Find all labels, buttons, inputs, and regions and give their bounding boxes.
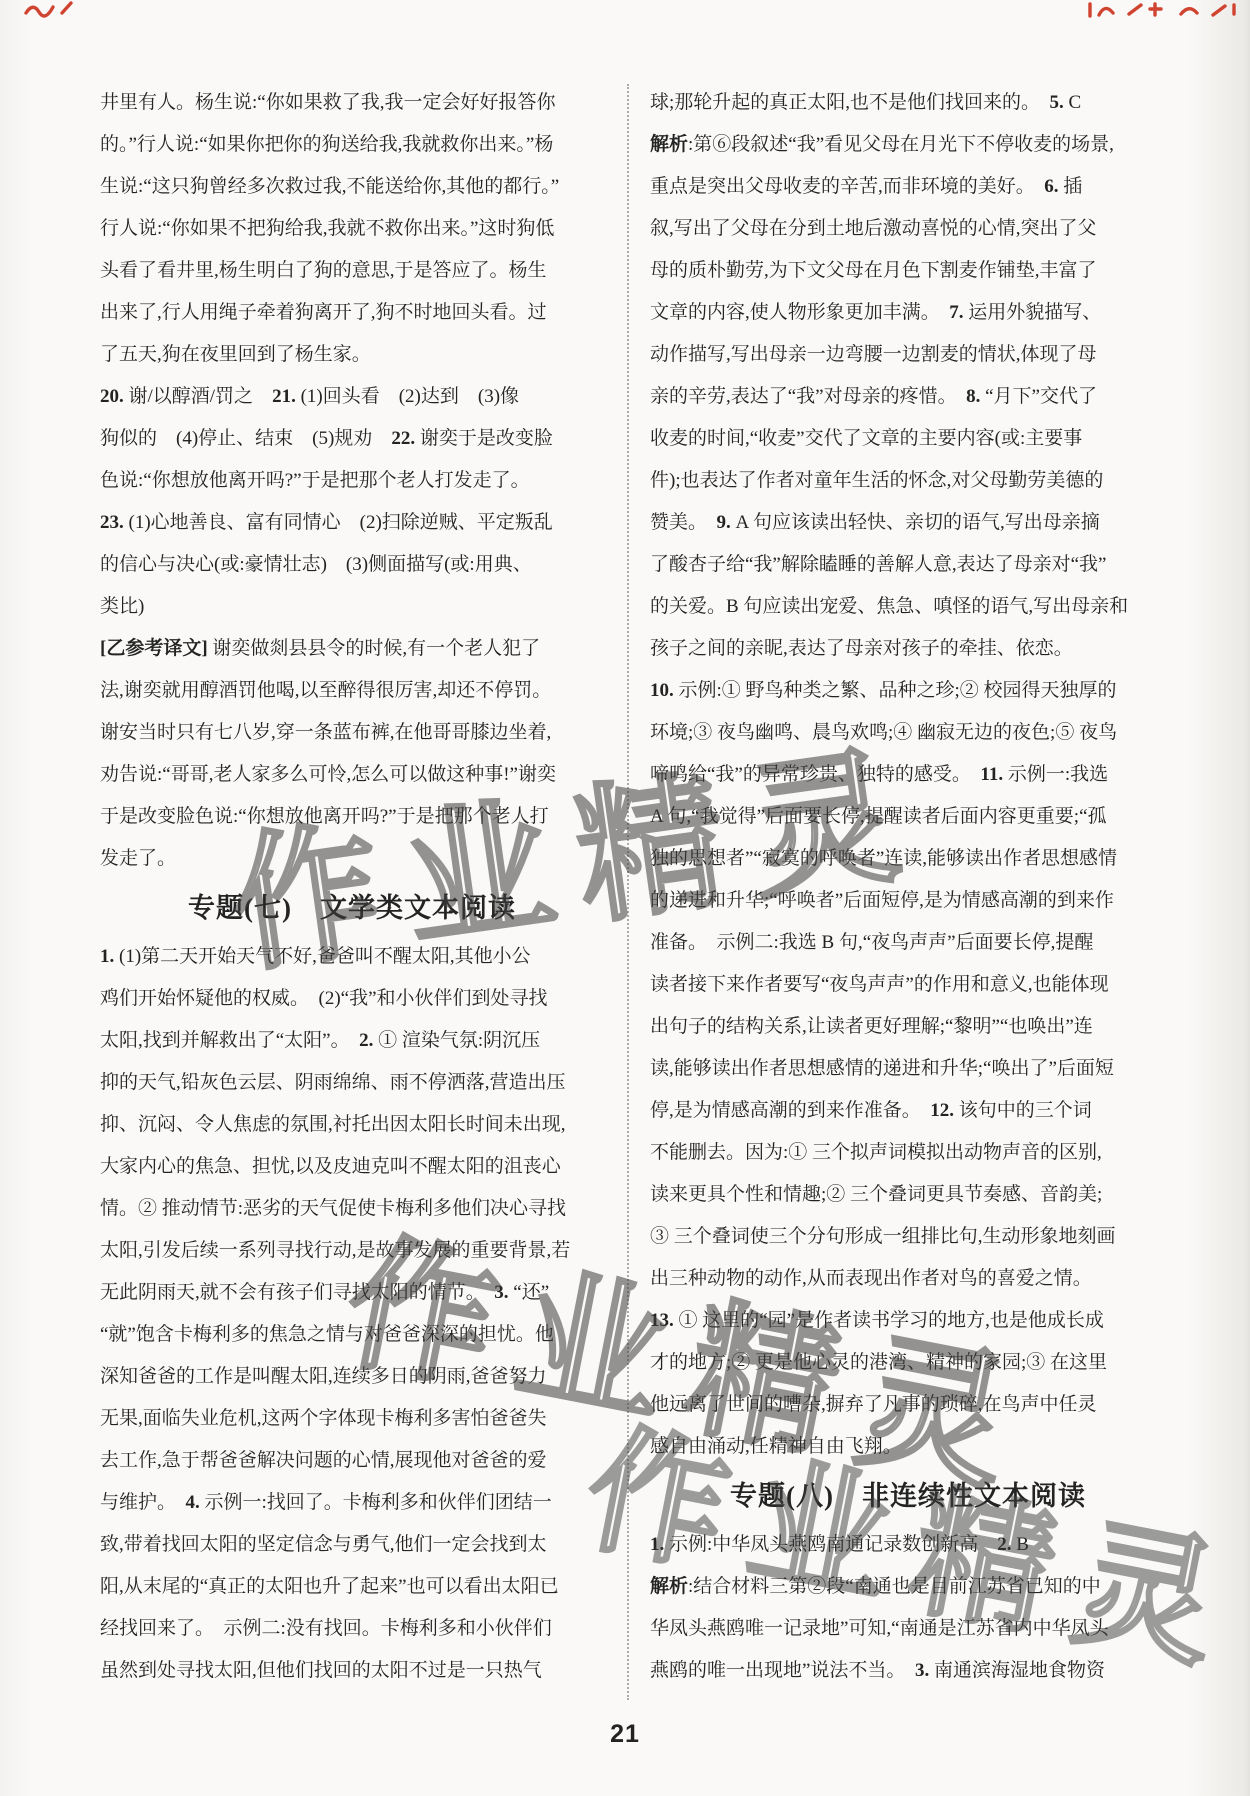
answer-line: 色说:“你想放他离开吗?”于是把那个老人打发走了。 [100, 460, 604, 502]
answer-line: 他远离了世间的嘈杂,摒弃了凡事的琐碎,在鸟声中任灵 [650, 1384, 1166, 1426]
answer-line: 出三种动物的动作,从而表现出作者对鸟的喜爱之情。 [650, 1258, 1166, 1300]
answer-line: 深知爸爸的工作是叫醒太阳,连续多日的阴雨,爸爸努力 [100, 1356, 604, 1398]
answer-line: 重点是突出父母收麦的辛苦,而非环境的美好。 6. 插 [650, 166, 1166, 208]
answer-line: 的。”行人说:“如果你把你的狗送给我,我就救你出来。”杨 [100, 124, 604, 166]
section-heading: 专题(七) 文学类文本阅读 [100, 880, 604, 936]
left-column: 井里有人。杨生说:“你如果救了我,我一定会好好报答你的。”行人说:“如果你把你的… [100, 82, 604, 1692]
answer-line: 亲的辛劳,表达了“我”对母亲的疼惜。 8. “月下”交代了 [650, 376, 1166, 418]
answer-line: 的递进和升华;“呼唤者”后面短停,是为情感高潮的到来作 [650, 880, 1166, 922]
answer-line: ③ 三个叠词使三个分句形成一组排比句,生动形象地刻画 [650, 1216, 1166, 1258]
answer-line: 致,带着找回太阳的坚定信念与勇气,他们一定会找到太 [100, 1524, 604, 1566]
answer-line: 23. (1)心地善良、富有同情心 (2)扫除逆贼、平定叛乱 [100, 502, 604, 544]
answer-line: 动作描写,写出母亲一边弯腰一边割麦的情状,体现了母 [650, 334, 1166, 376]
answer-line: 20. 谢/以醇酒/罚之 21. (1)回头看 (2)达到 (3)像 [100, 376, 604, 418]
answer-line: 独的思想者”“寂寞的呼唤者”连读,能够读出作者思想感情 [650, 838, 1166, 880]
column-divider [627, 84, 629, 1700]
answer-line: 读来更具个性和情趣;② 三个叠词更具节奏感、音韵美; [650, 1174, 1166, 1216]
answer-line: 球;那轮升起的真正太阳,也不是他们找回来的。 5. C [650, 82, 1166, 124]
answer-line: 类比) [100, 586, 604, 628]
answer-line: 虽然到处寻找太阳,但他们找回的太阳不过是一只热气 [100, 1650, 604, 1692]
answer-line: 与维护。 4. 示例一:找回了。卡梅利多和伙伴们团结一 [100, 1482, 604, 1524]
answer-line: 啼鸣给“我”的异常珍贵、独特的感受。 11. 示例一:我选 [650, 754, 1166, 796]
answer-line: 了五天,狗在夜里回到了杨生家。 [100, 334, 604, 376]
answer-line: 1. 示例:中华凤头燕鸥南通记录数创新高 2. B [650, 1524, 1166, 1566]
answer-line: 了酸杏子给“我”解除瞌睡的善解人意,表达了母亲对“我” [650, 544, 1166, 586]
answer-line: 情。② 推动情节:恶劣的天气促使卡梅利多他们决心寻找 [100, 1188, 604, 1230]
answer-line: 法,谢奕就用醇酒罚他喝,以至醉得很厉害,却还不停罚。 [100, 670, 604, 712]
answer-line: 抑的天气,铅灰色云层、阴雨绵绵、雨不停洒落,营造出压 [100, 1062, 604, 1104]
answer-line: 解析:结合材料三第②段“南通也是目前江苏省已知的中 [650, 1566, 1166, 1608]
answer-line: 才的地方;② 更是他心灵的港湾、精神的家园;③ 在这里 [650, 1342, 1166, 1384]
answer-line: 无果,面临失业危机,这两个字体现卡梅利多害怕爸爸失 [100, 1398, 604, 1440]
answer-line: 生说:“这只狗曾经多次救过我,不能送给你,其他的都行。” [100, 166, 604, 208]
answer-line: 劝告说:“哥哥,老人家多么可怜,怎么可以做这种事!”谢奕 [100, 754, 604, 796]
answer-line: 13. ① 这里的“园”是作者读书学习的地方,也是他成长成 [650, 1300, 1166, 1342]
answer-line: 发走了。 [100, 838, 604, 880]
answer-line: 不能删去。因为:① 三个拟声词模拟出动物声音的区别, [650, 1132, 1166, 1174]
answer-line: 太阳,找到并解救出了“太阳”。 2. ① 渲染气氛:阴沉压 [100, 1020, 604, 1062]
section-heading: 专题(八) 非连续性文本阅读 [650, 1468, 1166, 1524]
answer-line: 华凤头燕鸥唯一记录地”可知,“南通是江苏省内中华凤头 [650, 1608, 1166, 1650]
answer-line: 谢安当时只有七八岁,穿一条蓝布裤,在他哥哥膝边坐着, [100, 712, 604, 754]
answer-line: 文章的内容,使人物形象更加丰满。 7. 运用外貌描写、 [650, 292, 1166, 334]
answer-line: 收麦的时间,“收麦”交代了文章的主要内容(或:主要事 [650, 418, 1166, 460]
answer-line: 件);也表达了作者对童年生活的怀念,对父母勤劳美德的 [650, 460, 1166, 502]
answer-line: 的关爱。B 句应读出宠爱、焦急、嗔怪的语气,写出母亲和 [650, 586, 1166, 628]
answer-line: 行人说:“你如果不把狗给我,我就不救你出来。”这时狗低 [100, 208, 604, 250]
answer-line: 的信心与决心(或:豪情壮志) (3)侧面描写(或:用典、 [100, 544, 604, 586]
answer-line: 10. 示例:① 野鸟种类之繁、品种之珍;② 校园得天独厚的 [650, 670, 1166, 712]
answer-line: 燕鸥的唯一出现地”说法不当。 3. 南通滨海湿地食物资 [650, 1650, 1166, 1692]
right-column: 球;那轮升起的真正太阳,也不是他们找回来的。 5. C解析:第⑥段叙述“我”看见… [650, 82, 1166, 1692]
answer-line: 出句子的结构关系,让读者更好理解;“黎明”“也唤出”连 [650, 1006, 1166, 1048]
answer-line: 赞美。 9. A 句应该读出轻快、亲切的语气,写出母亲摘 [650, 502, 1166, 544]
answer-line: 于是改变脸色说:“你想放他离开吗?”于是把那个老人打 [100, 796, 604, 838]
answer-line: 经找回来了。 示例二:没有找回。卡梅利多和小伙伴们 [100, 1608, 604, 1650]
answer-line: 头看了看井里,杨生明白了狗的意思,于是答应了。杨生 [100, 250, 604, 292]
answer-line: 孩子之间的亲昵,表达了母亲对孩子的牵挂、依恋。 [650, 628, 1166, 670]
answer-line: A 句,“我觉得”后面要长停,提醒读者后面内容更重要;“孤 [650, 796, 1166, 838]
answer-line: 读,能够读出作者思想感情的递进和升华;“唤出了”后面短 [650, 1048, 1166, 1090]
answer-line: 抑、沉闷、令人焦虑的氛围,衬托出因太阳长时间未出现, [100, 1104, 604, 1146]
answer-line: 无此阴雨天,就不会有孩子们寻找太阳的情节。 3. “还” [100, 1272, 604, 1314]
answer-line: 1. (1)第二天开始天气不好,爸爸叫不醒太阳,其他小公 [100, 936, 604, 978]
red-corner-mark-left [22, 0, 78, 18]
answer-line: 大家内心的焦急、担忧,以及皮迪克叫不醒太阳的沮丧心 [100, 1146, 604, 1188]
answer-line: 狗似的 (4)停止、结束 (5)规劝 22. 谢奕于是改变脸 [100, 418, 604, 460]
answer-line: 环境;③ 夜鸟幽鸣、晨鸟欢鸣;④ 幽寂无边的夜色;⑤ 夜鸟 [650, 712, 1166, 754]
answer-line: [乙参考译文] 谢奕做剡县县令的时候,有一个老人犯了 [100, 628, 604, 670]
page-number: 21 [0, 1720, 1250, 1749]
answer-line: 井里有人。杨生说:“你如果救了我,我一定会好好报答你 [100, 82, 604, 124]
answer-line: “就”饱含卡梅利多的焦急之情与对爸爸深深的担忧。他 [100, 1314, 604, 1356]
answer-line: 鸡们开始怀疑他的权威。 (2)“我”和小伙伴们到处寻找 [100, 978, 604, 1020]
answer-line: 读者接下来作者要写“夜鸟声声”的作用和意义,也能体现 [650, 964, 1166, 1006]
answer-line: 叙,写出了父母在分到土地后激动喜悦的心情,突出了父 [650, 208, 1166, 250]
answer-line: 母的质朴勤劳,为下文父母在月色下割麦作铺垫,丰富了 [650, 250, 1166, 292]
answer-line: 准备。 示例二:我选 B 句,“夜鸟声声”后面要长停,提醒 [650, 922, 1166, 964]
red-corner-mark-right [1084, 0, 1244, 20]
answer-line: 出来了,行人用绳子牵着狗离开了,狗不时地回头看。过 [100, 292, 604, 334]
answer-page: 作业精灵 作业精灵 作业精灵 井里有人。杨生说:“你如果救了我,我一定会好好报答… [0, 0, 1250, 1796]
answer-line: 停,是为情感高潮的到来作准备。 12. 该句中的三个词 [650, 1090, 1166, 1132]
answer-line: 解析:第⑥段叙述“我”看见父母在月光下不停收麦的场景, [650, 124, 1166, 166]
answer-line: 感自由涌动,任精神自由飞翔。 [650, 1426, 1166, 1468]
answer-line: 太阳,引发后续一系列寻找行动,是故事发展的重要背景,若 [100, 1230, 604, 1272]
answer-line: 阳,从末尾的“真正的太阳也升了起来”也可以看出太阳已 [100, 1566, 604, 1608]
answer-line: 去工作,急于帮爸爸解决问题的心情,展现他对爸爸的爱 [100, 1440, 604, 1482]
